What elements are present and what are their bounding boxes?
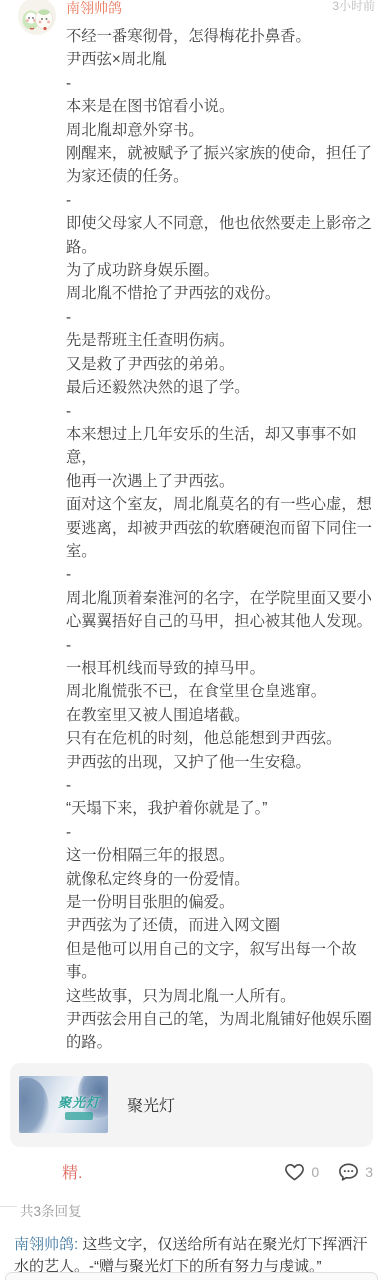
summary-divider-line <box>0 1206 17 1207</box>
heart-icon <box>283 1160 306 1183</box>
post-line: 最后还毅然决然的退了学。 <box>66 376 373 399</box>
post-line: 为了成功跻身娱乐圈。 <box>66 259 373 282</box>
post-line: 本来是在图书馆看小说。 <box>66 95 373 118</box>
replies-summary[interactable]: 共3条回复 <box>0 1200 383 1220</box>
post-line: - <box>66 306 373 329</box>
post-line: - <box>66 821 373 844</box>
comment-button[interactable]: 3 <box>337 1160 373 1183</box>
post-line: 尹西弦为了还债，而进入网文圈 <box>66 914 373 937</box>
post-line: 尹西弦的出现，又护了他一生安稳。 <box>66 751 373 774</box>
post-line: 周北胤慌张不已，在食堂里仓皇逃窜。 <box>66 680 373 703</box>
post-line: 就像私定终身的一份爱情。 <box>66 868 373 891</box>
cover-art-left-figure <box>19 1078 49 1133</box>
post-timestamp: 3小时前 <box>332 0 375 13</box>
post-line: 他再一次遇上了尹西弦。 <box>66 470 373 493</box>
post-line: 即使父母家人不同意，他也依然要走上影帝之路。 <box>66 212 373 259</box>
user-avatar[interactable] <box>18 0 56 35</box>
post-line: 周北胤顶着秦淮河的名字，在学院里面又要小心翼翼捂好自己的马甲，担心被其他人发现。 <box>66 587 373 634</box>
post-line: 但是他可以用自己的文字，叙写出每一个故事。 <box>66 938 373 985</box>
next-section-top-edge <box>5 1272 378 1280</box>
post-line: 在教室里又被人围追堵截。 <box>66 704 373 727</box>
novel-card-title: 聚光灯 <box>127 1093 175 1116</box>
post-line: 不经一番寒彻骨，怎得梅花扑鼻香。 <box>66 25 373 48</box>
post-line: 刚醒来，就被赋予了振兴家族的使命，担任了为家还债的任务。 <box>66 142 373 189</box>
post-line: - <box>66 634 373 657</box>
comment-count: 3 <box>365 1164 373 1180</box>
like-button[interactable]: 0 <box>283 1160 319 1183</box>
post-line: 只有在危机的时刻，他总能想到尹西弦。 <box>66 727 373 750</box>
post-line: - <box>66 400 373 423</box>
avatar-cartoon-image <box>18 0 56 35</box>
post-line: 这一份相隔三年的报恩。 <box>66 844 373 867</box>
post-line: 尹西弦×周北胤 <box>66 48 373 71</box>
comment-bubble-icon <box>337 1160 360 1183</box>
replies-summary-label: 共3条回复 <box>20 1200 82 1220</box>
post-body: 不经一番寒彻骨，怎得梅花扑鼻香。尹西弦×周北胤-本来是在图书馆看小说。周北胤却意… <box>66 25 373 1055</box>
post-line: 这些故事，只为周北胤一人所有。 <box>66 985 373 1008</box>
post-line: 周北胤不惜抢了尹西弦的戏份。 <box>66 282 373 305</box>
post-line: 周北胤却意外穿书。 <box>66 119 373 142</box>
comment-author-link[interactable]: 南翎帅鸽 <box>14 1236 74 1253</box>
post-footer: 精. 0 3 <box>62 1160 373 1184</box>
post-header: 南翎帅鸽 3小时前 <box>0 0 383 18</box>
post-line: 又是救了尹西弦的弟弟。 <box>66 353 373 376</box>
post-line: - <box>66 189 373 212</box>
post-line: 是一份明目张胆的偏爱。 <box>66 891 373 914</box>
post-line: 本来想过上几年安乐的生活，却又事事不如意， <box>66 423 373 470</box>
post-line: - <box>66 72 373 95</box>
post-line: - <box>66 774 373 797</box>
like-count: 0 <box>311 1164 319 1180</box>
post-line: 一根耳机线而导致的掉马甲。 <box>66 657 373 680</box>
excellent-badge: 精. <box>62 1160 82 1183</box>
username-link[interactable]: 南翎帅鸽 <box>66 0 122 16</box>
post-page: 南翎帅鸽 3小时前 不经一番寒彻骨，怎得梅花扑鼻香。尹西弦×周北胤-本来是在图书… <box>0 0 383 1280</box>
cover-badge <box>65 1112 93 1120</box>
post-line: 面对这个室友，周北胤莫名的有一些心虚，想要逃离，却被尹西弦的软磨硬泡而留下同住一… <box>66 493 373 563</box>
novel-card-link[interactable]: 聚光灯 聚光灯 <box>10 1063 373 1147</box>
novel-cover-thumbnail: 聚光灯 <box>19 1076 108 1133</box>
post-line: 尹西弦会用自己的笔，为周北胤铺好他娱乐圈的路。 <box>66 1008 373 1055</box>
post-line: “天塌下来，我护着你就是了。” <box>66 797 373 820</box>
post-line: - <box>66 563 373 586</box>
post-line: 先是帮班主任查明伤病。 <box>66 329 373 352</box>
cover-title-text: 聚光灯 <box>51 1092 107 1111</box>
